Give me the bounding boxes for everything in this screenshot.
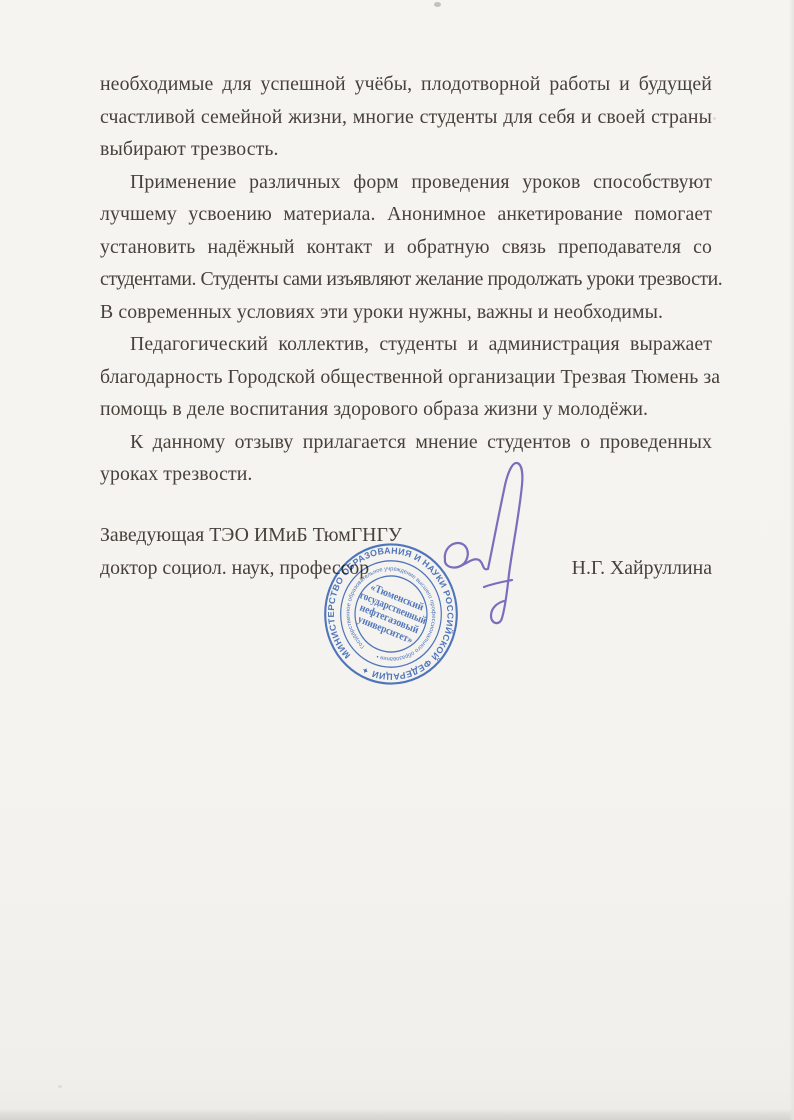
paper-speck bbox=[434, 2, 441, 7]
body-line: К данному отзыву прилагается мнение студ… bbox=[100, 426, 712, 459]
body-line: студентами. Студенты сами изъявляют жела… bbox=[100, 263, 712, 296]
body-line: В современных условиях эти уроки нужны, … bbox=[100, 296, 712, 329]
paper-speck bbox=[713, 117, 716, 120]
scan-bottom-edge bbox=[0, 1109, 794, 1120]
signer-name: Н.Г. Хайруллина bbox=[572, 552, 712, 585]
letter-body: необходимые для успешной учёбы, плодотво… bbox=[100, 68, 712, 491]
body-line: выбирают трезвость. bbox=[100, 133, 712, 166]
body-line: установить надёжный контакт и обратную с… bbox=[100, 231, 712, 264]
body-line: помощь в деле воспитания здорового образ… bbox=[100, 393, 712, 426]
signature-stroke bbox=[458, 463, 522, 623]
body-line: благодарность Городской общественной орг… bbox=[100, 361, 712, 394]
body-line: необходимые для успешной учёбы, плодотво… bbox=[100, 68, 712, 101]
scanned-letter-page: необходимые для успешной учёбы, плодотво… bbox=[0, 0, 794, 1120]
scan-right-edge bbox=[789, 0, 794, 1120]
paper-speck bbox=[58, 1085, 62, 1088]
body-line: Применение различных форм проведения уро… bbox=[100, 166, 712, 199]
body-line: лучшему усвоению материала. Анонимное ан… bbox=[100, 198, 712, 231]
body-line: уроках трезвости. bbox=[100, 458, 712, 491]
handwritten-signature bbox=[428, 450, 568, 640]
body-line: счастливой семейной жизни, многие студен… bbox=[100, 101, 712, 134]
body-line: Педагогический коллектив, студенты и адм… bbox=[100, 328, 712, 361]
